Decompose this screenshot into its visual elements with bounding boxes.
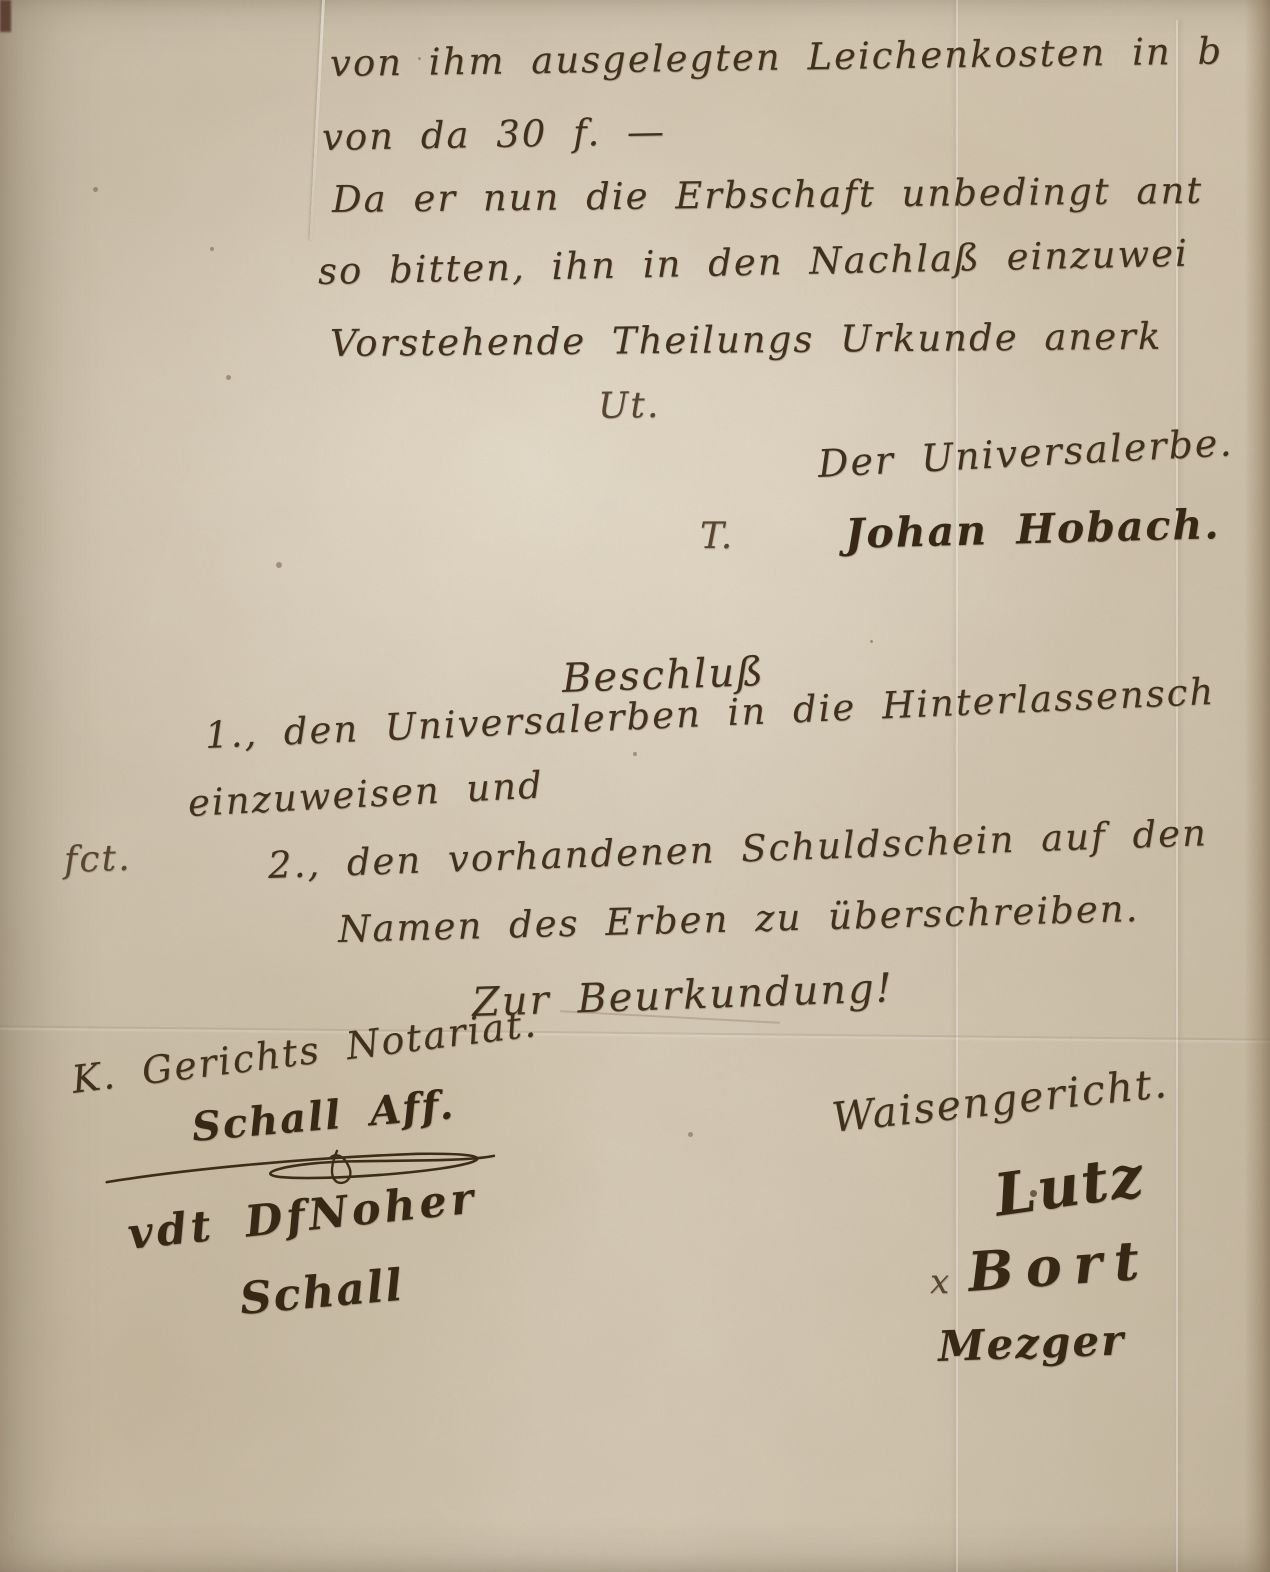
signature-lutz: Lutz [990, 1141, 1149, 1229]
signature-mezger: Mezger [937, 1315, 1126, 1371]
fold-crease-horizontal [0, 1025, 1270, 1040]
manuscript-line-1: von ihm ausgelegten Leichenkosten in b [330, 30, 1224, 85]
foxing-speck [870, 640, 873, 643]
foxing-speck [633, 752, 637, 756]
manuscript-line-5: Vorstehende Theilungs Urkunde anerk [330, 315, 1163, 365]
court-notariat-label: K. Gerichts Notariat. [69, 1001, 540, 1102]
hand-mark-x: x [930, 1262, 951, 1302]
corner-ink-mark [0, 0, 11, 32]
closing-role-universal-heir: Der Universalerbe. [817, 420, 1235, 486]
decree-item-1-line-2: einzuweisen und [187, 763, 545, 825]
foxing-speck [226, 375, 231, 380]
decree-item-2-line-2: Namen des Erben zu überschreiben. [337, 887, 1139, 951]
manuscript-line-3: Da er nun die Erbschaft unbedingt ant [332, 169, 1204, 221]
foxing-speck [210, 247, 214, 251]
signature-johan-hobach: Johan Hobach. [844, 500, 1221, 558]
signature-bort: Bort [966, 1227, 1153, 1304]
manuscript-line-2-amount: von da 30 f. — [322, 110, 667, 159]
manuscript-line-4: so bitten, ihn in den Nachlaß einzuwei [318, 232, 1190, 293]
foxing-speck [688, 1132, 693, 1137]
hand-mark-t: T. [700, 516, 734, 557]
manuscript-abbreviation-ut: Ut. [598, 385, 661, 427]
decree-item-2-line-1: 2., den vorhandenen Schuldschein auf den [267, 811, 1208, 887]
manuscript-page-photo: von ihm ausgelegten Leichenkosten in b v… [0, 0, 1270, 1572]
page-edge-shadow [1244, 0, 1270, 1572]
foxing-speck [276, 562, 282, 568]
court-label-waisengericht: Waisengericht. [829, 1059, 1170, 1142]
foxing-speck [93, 187, 98, 192]
signature-scribble-schall: Schall [238, 1260, 406, 1325]
margin-note-fct: fct. [63, 838, 132, 881]
